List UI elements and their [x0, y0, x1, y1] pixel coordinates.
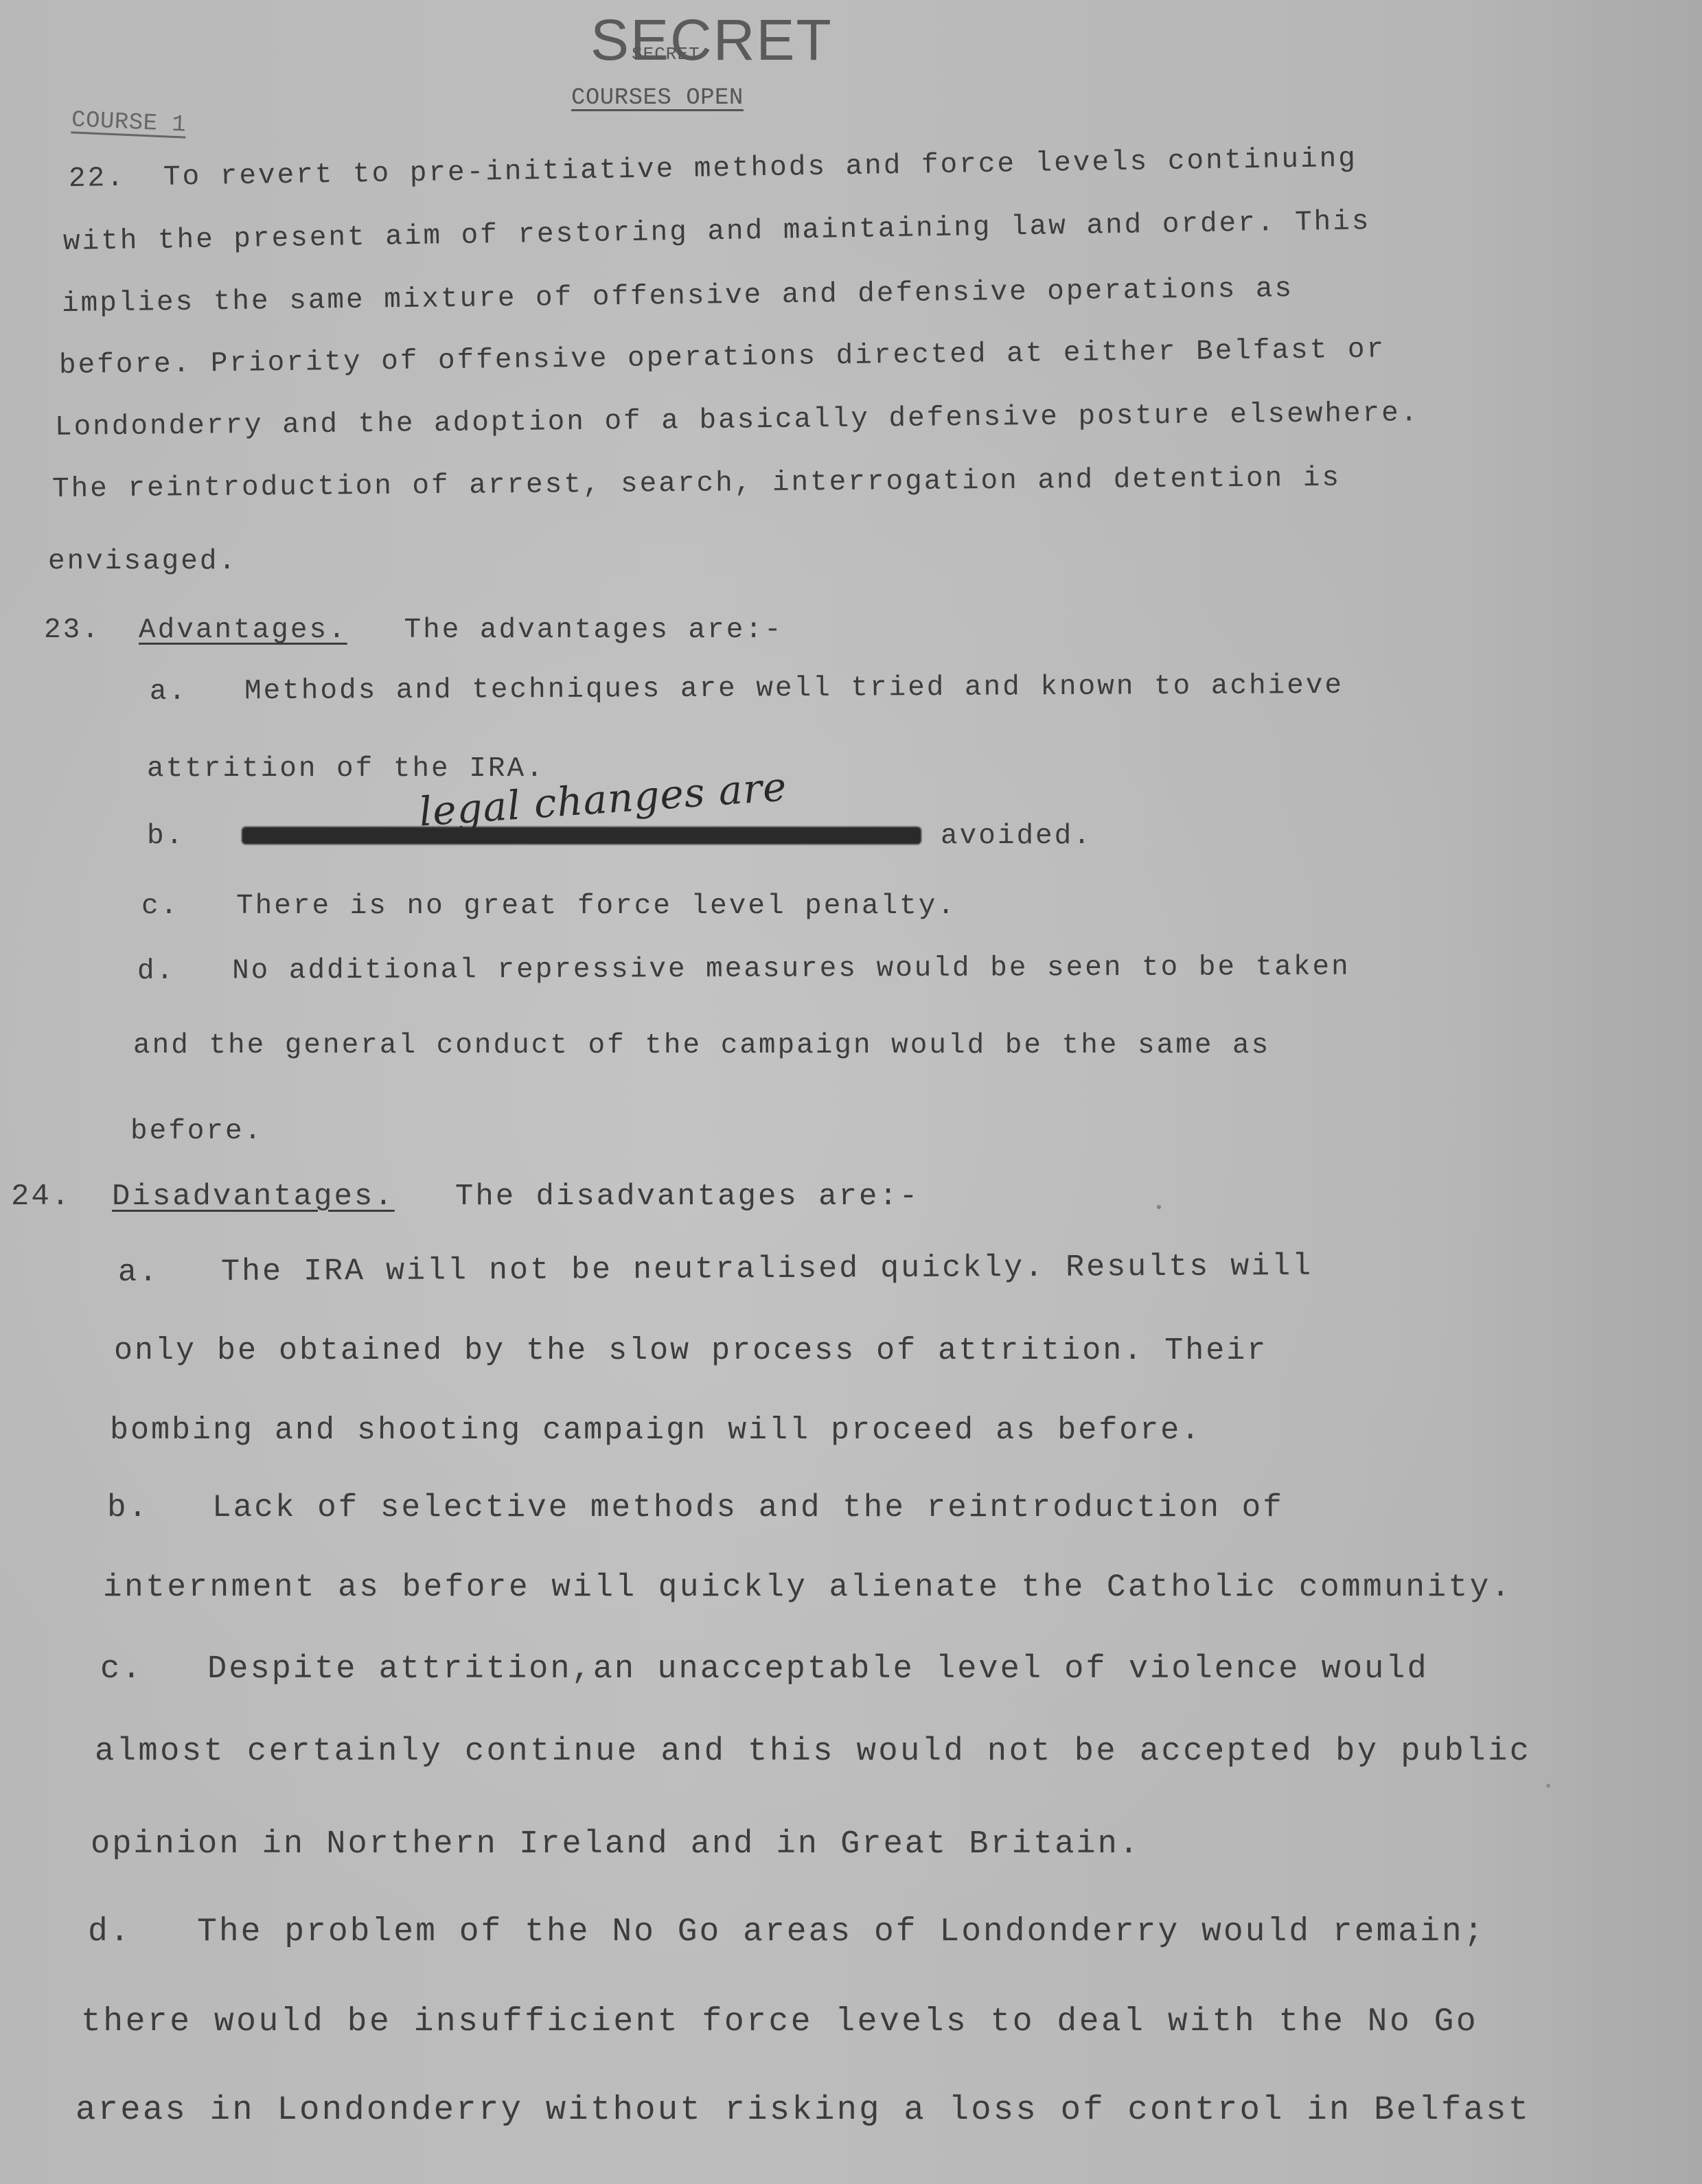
para-number: 24. [11, 1180, 71, 1214]
para-23-heading-line: 23. Advantages. The advantages are:- [44, 614, 783, 646]
ink-speck [1157, 1205, 1161, 1209]
para-22-line-6: The reintroduction of arrest, search, in… [52, 463, 1341, 505]
disadvantage-d-line-3: areas in Londonderry without risking a l… [76, 2091, 1530, 2129]
para-22-line-7: envisaged. [48, 546, 238, 577]
document-page: SECRET SECRET COURSES OPEN COURSE 1 22. … [0, 0, 1702, 2184]
para-22-line-4: before. Priority of offensive operations… [59, 334, 1386, 382]
para-24-heading-line: 24. Disadvantages. The disadvantages are… [11, 1180, 919, 1214]
typed-classification: SECRET [632, 44, 700, 65]
advantages-heading: Advantages. [139, 614, 347, 646]
disadvantage-c-line-3: opinion in Northern Ireland and in Great… [91, 1826, 1140, 1863]
disadvantage-a-line-3: bombing and shooting campaign will proce… [110, 1413, 1201, 1448]
disadvantage-b-line-1: b. Lack of selective methods and the rei… [107, 1490, 1284, 1526]
disadvantages-heading: Disadvantages. [112, 1180, 395, 1214]
disadvantage-b-line-2: internment as before will quickly aliena… [103, 1570, 1513, 1605]
advantage-d-line-1: d. No additional repressive measures wou… [137, 952, 1350, 987]
advantage-a-line-2: attrition of the IRA. [147, 753, 545, 785]
redaction-mark [242, 827, 921, 844]
para-22-line-3: implies the same mixture of offensive an… [62, 273, 1294, 320]
para-22-line-5: Londonderry and the adoption of a basica… [55, 398, 1420, 444]
section-title: COURSES OPEN [571, 85, 744, 111]
advantage-d-line-2: and the general conduct of the campaign … [133, 1030, 1270, 1061]
disadvantage-c-line-2: almost certainly continue and this would… [95, 1734, 1532, 1770]
advantage-d-line-3: before. [130, 1116, 263, 1147]
para-22-line-1: 22. To revert to pre-initiative methods … [69, 143, 1358, 195]
ink-speck [1546, 1784, 1550, 1788]
para-number: 23. [44, 614, 101, 646]
para-22-line-2: with the present aim of restoring and ma… [63, 206, 1371, 258]
secret-stamp: SECRET [590, 7, 833, 73]
advantage-b-line: b. avoided. [147, 820, 1092, 852]
disadvantage-c-line-1: c. Despite attrition,an unacceptable lev… [100, 1651, 1429, 1688]
disadvantage-a-line-1: a. The IRA will not be neutralised quick… [118, 1249, 1313, 1290]
disadvantage-d-line-1: d. The problem of the No Go areas of Lon… [88, 1913, 1486, 1951]
disadvantage-a-line-2: only be obtained by the slow process of … [114, 1333, 1267, 1368]
advantage-a-line-1: a. Methods and techniques are well tried… [150, 670, 1344, 708]
disadvantage-d-line-2: there would be insufficient force levels… [81, 2003, 1478, 2041]
para-number: 22. [69, 163, 126, 195]
course-heading: COURSE 1 [71, 107, 187, 138]
advantage-c-line: c. There is no great force level penalty… [141, 890, 956, 922]
